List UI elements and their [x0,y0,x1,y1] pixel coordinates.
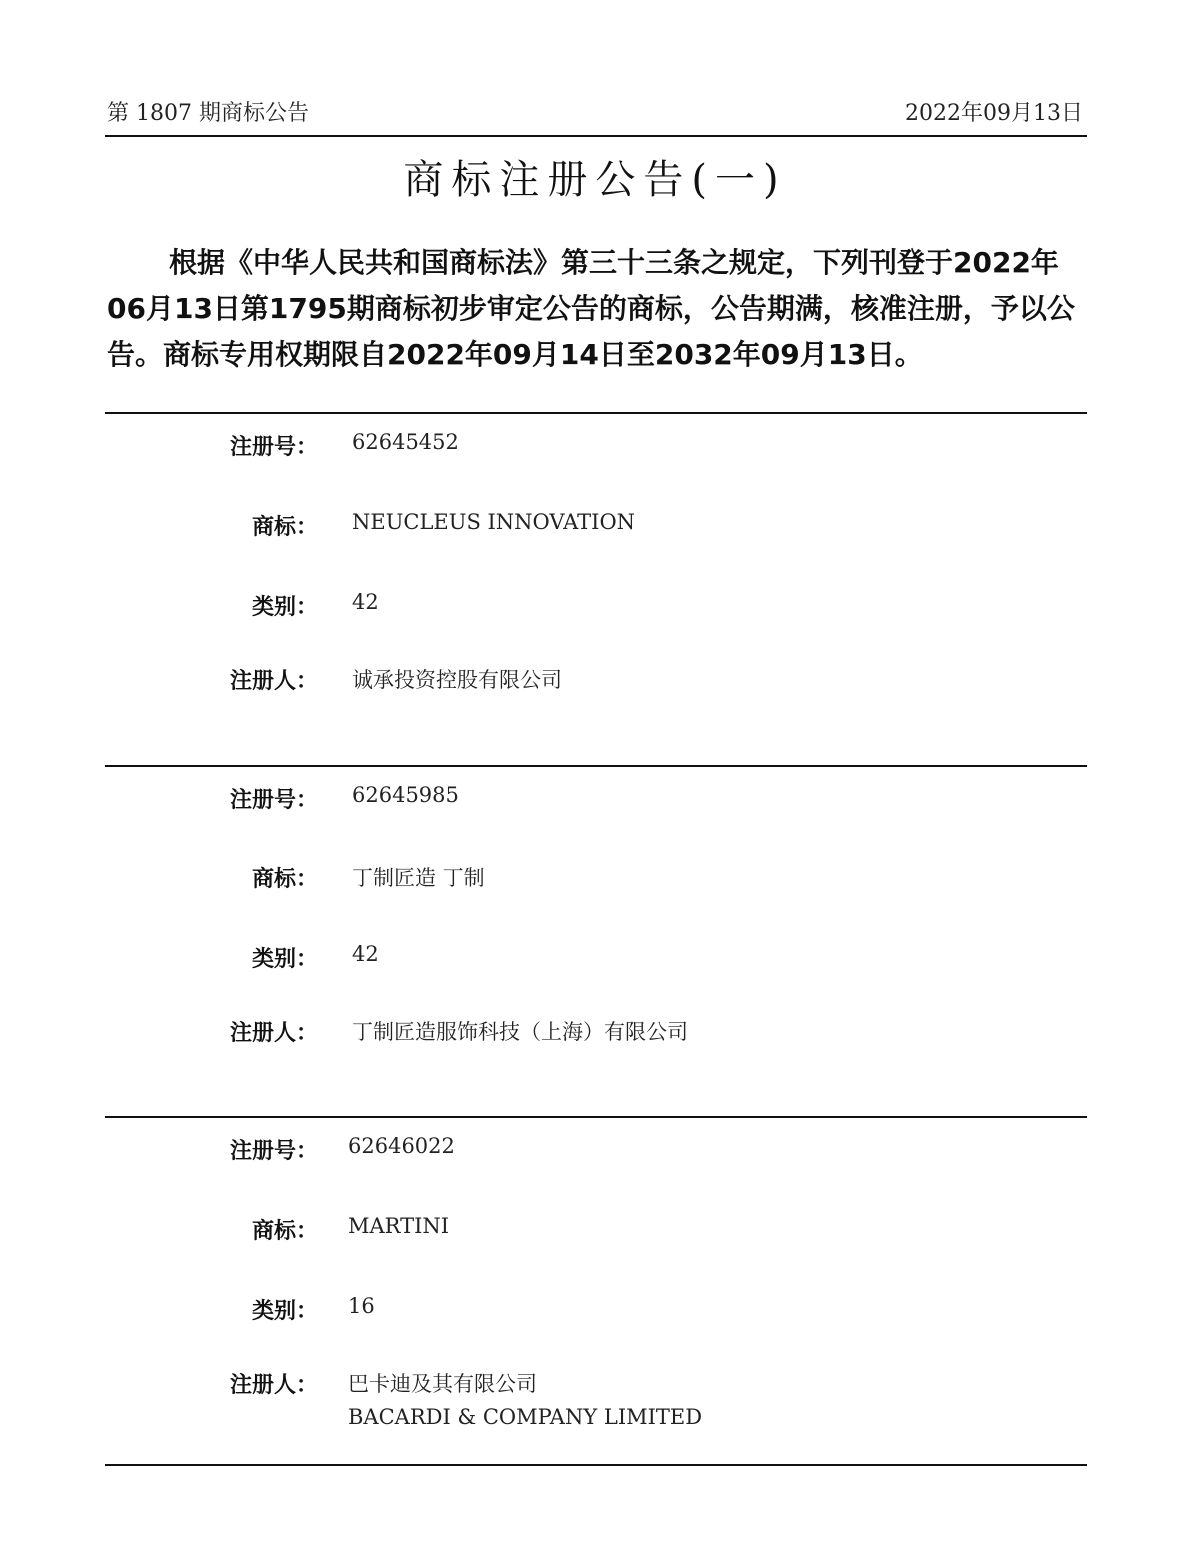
mark-label: 商标： [198,862,318,893]
registrant-value: 巴卡迪及其有限公司 [348,1368,537,1398]
class-value: 16 [348,1294,375,1318]
mark-label: 商标： [198,1214,318,1245]
intro-paragraph: 根据《中华人民共和国商标法》第三十三条之规定，下列刊登于2022年06月13日第… [107,240,1087,378]
mark-value: MARTINI [348,1214,449,1238]
registrant-value: 诚承投资控股有限公司 [352,664,562,694]
class-label: 类别： [198,942,318,973]
reg-no-value: 62645452 [352,430,459,454]
header-date: 2022年09月13日 [905,96,1083,127]
divider [105,1116,1087,1118]
divider [105,412,1087,414]
mark-value: NEUCLEUS INNOVATION [352,510,635,534]
class-label: 类别： [198,590,318,621]
mark-value: 丁制匠造 丁制 [352,862,485,892]
registrant-label: 注册人： [198,1368,318,1399]
reg-no-value: 62646022 [348,1134,455,1158]
reg-no-value: 62645985 [352,783,459,807]
class-value: 42 [352,590,379,614]
registrant-label: 注册人： [198,1016,318,1047]
reg-no-label: 注册号： [198,430,318,461]
class-label: 类别： [198,1294,318,1325]
header-issue: 第 1807 期商标公告 [107,96,309,127]
reg-no-label: 注册号： [198,783,318,814]
divider [105,765,1087,767]
reg-no-label: 注册号： [198,1134,318,1165]
header-rule [105,135,1087,137]
registrant-english-value: BACARDI & COMPANY LIMITED [348,1405,702,1429]
registrant-label: 注册人： [198,664,318,695]
class-value: 42 [352,942,379,966]
divider [105,1464,1087,1466]
mark-label: 商标： [198,510,318,541]
registrant-value: 丁制匠造服饰科技（上海）有限公司 [352,1016,688,1046]
page-title: 商标注册公告(一) [0,148,1190,205]
